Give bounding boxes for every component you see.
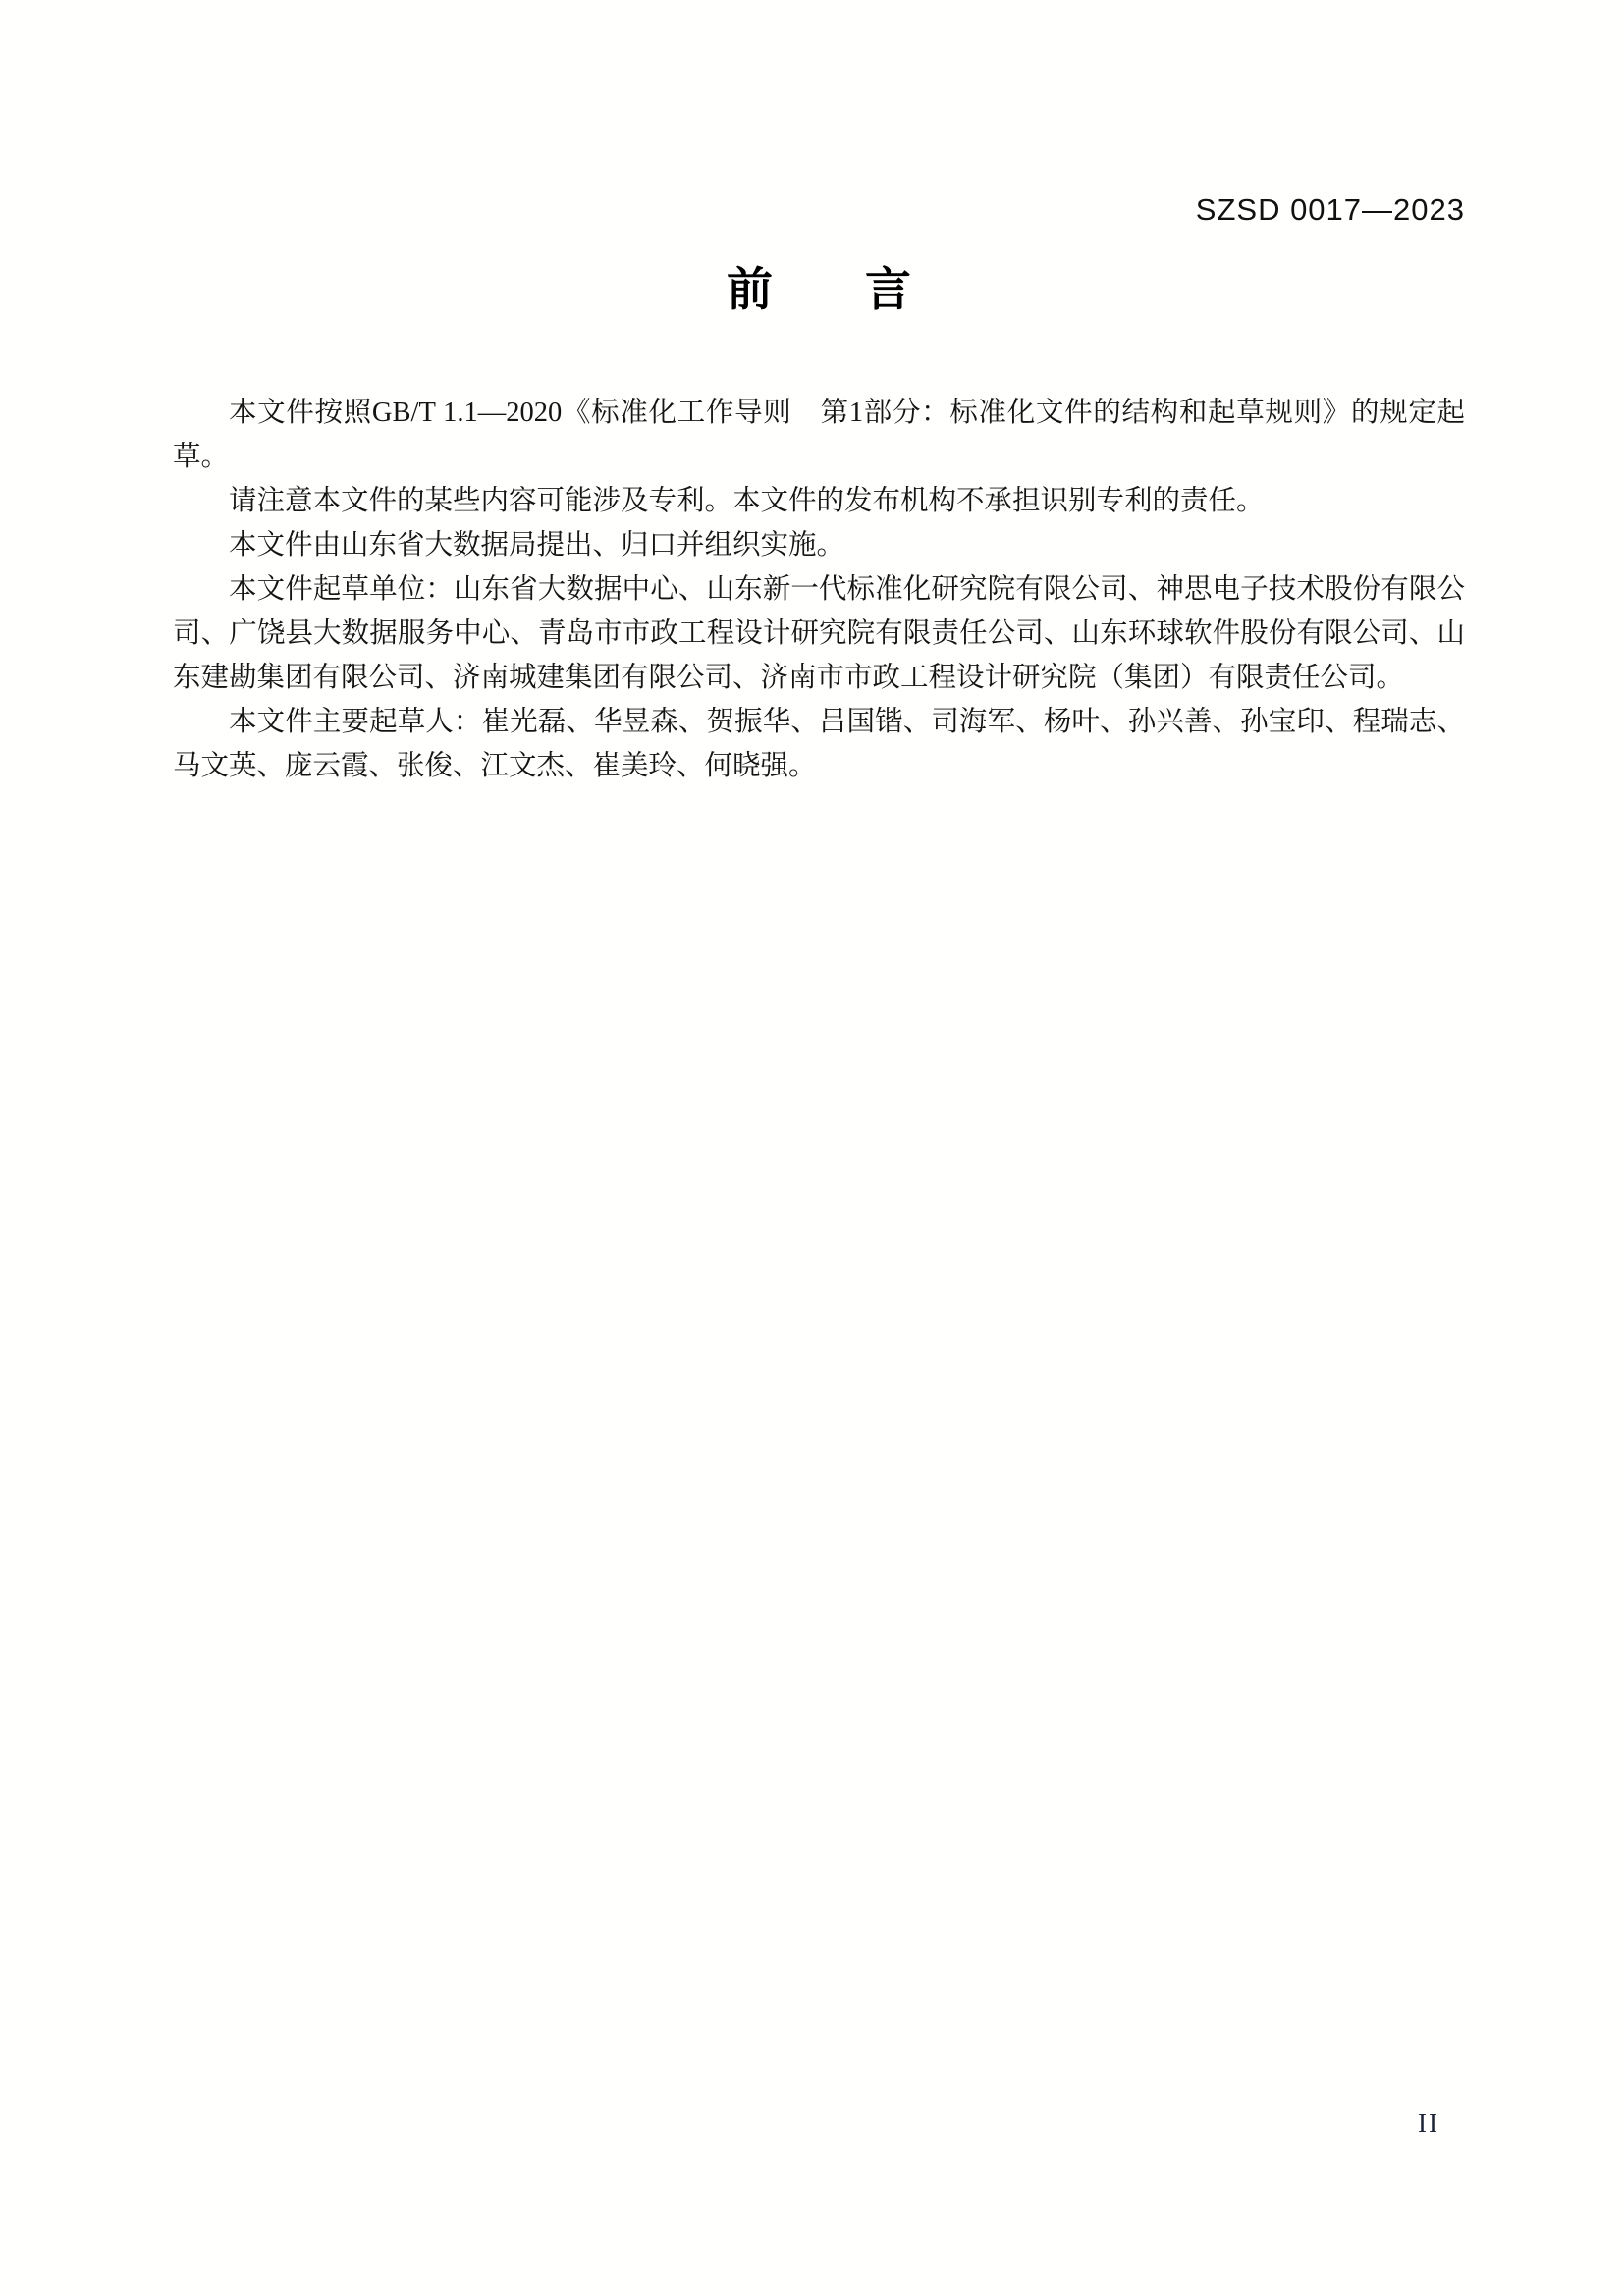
- standard-number-header: SZSD 0017—2023: [173, 192, 1465, 228]
- page-title: 前 言: [173, 253, 1465, 319]
- foreword-paragraph-drafting-organizations: 本文件起草单位：山东省大数据中心、山东新一代标准化研究院有限公司、神思电子技术股…: [173, 567, 1465, 700]
- foreword-paragraph-main-drafters: 本文件主要起草人：崔光磊、华昱森、贺振华、吕国锴、司海军、杨叶、孙兴善、孙宝印、…: [173, 700, 1465, 788]
- foreword-body: 本文件按照GB/T 1.1—2020《标准化工作导则 第1部分：标准化文件的结构…: [173, 391, 1465, 788]
- document-page: SZSD 0017—2023 前 言 本文件按照GB/T 1.1—2020《标准…: [0, 0, 1624, 2296]
- foreword-paragraph-proposing-body: 本文件由山东省大数据局提出、归口并组织实施。: [173, 523, 1465, 567]
- page-number: II: [173, 2109, 1439, 2139]
- foreword-paragraph-patent-notice: 请注意本文件的某些内容可能涉及专利。本文件的发布机构不承担识别专利的责任。: [173, 479, 1465, 523]
- foreword-paragraph-drafting-rules: 本文件按照GB/T 1.1—2020《标准化工作导则 第1部分：标准化文件的结构…: [173, 391, 1465, 479]
